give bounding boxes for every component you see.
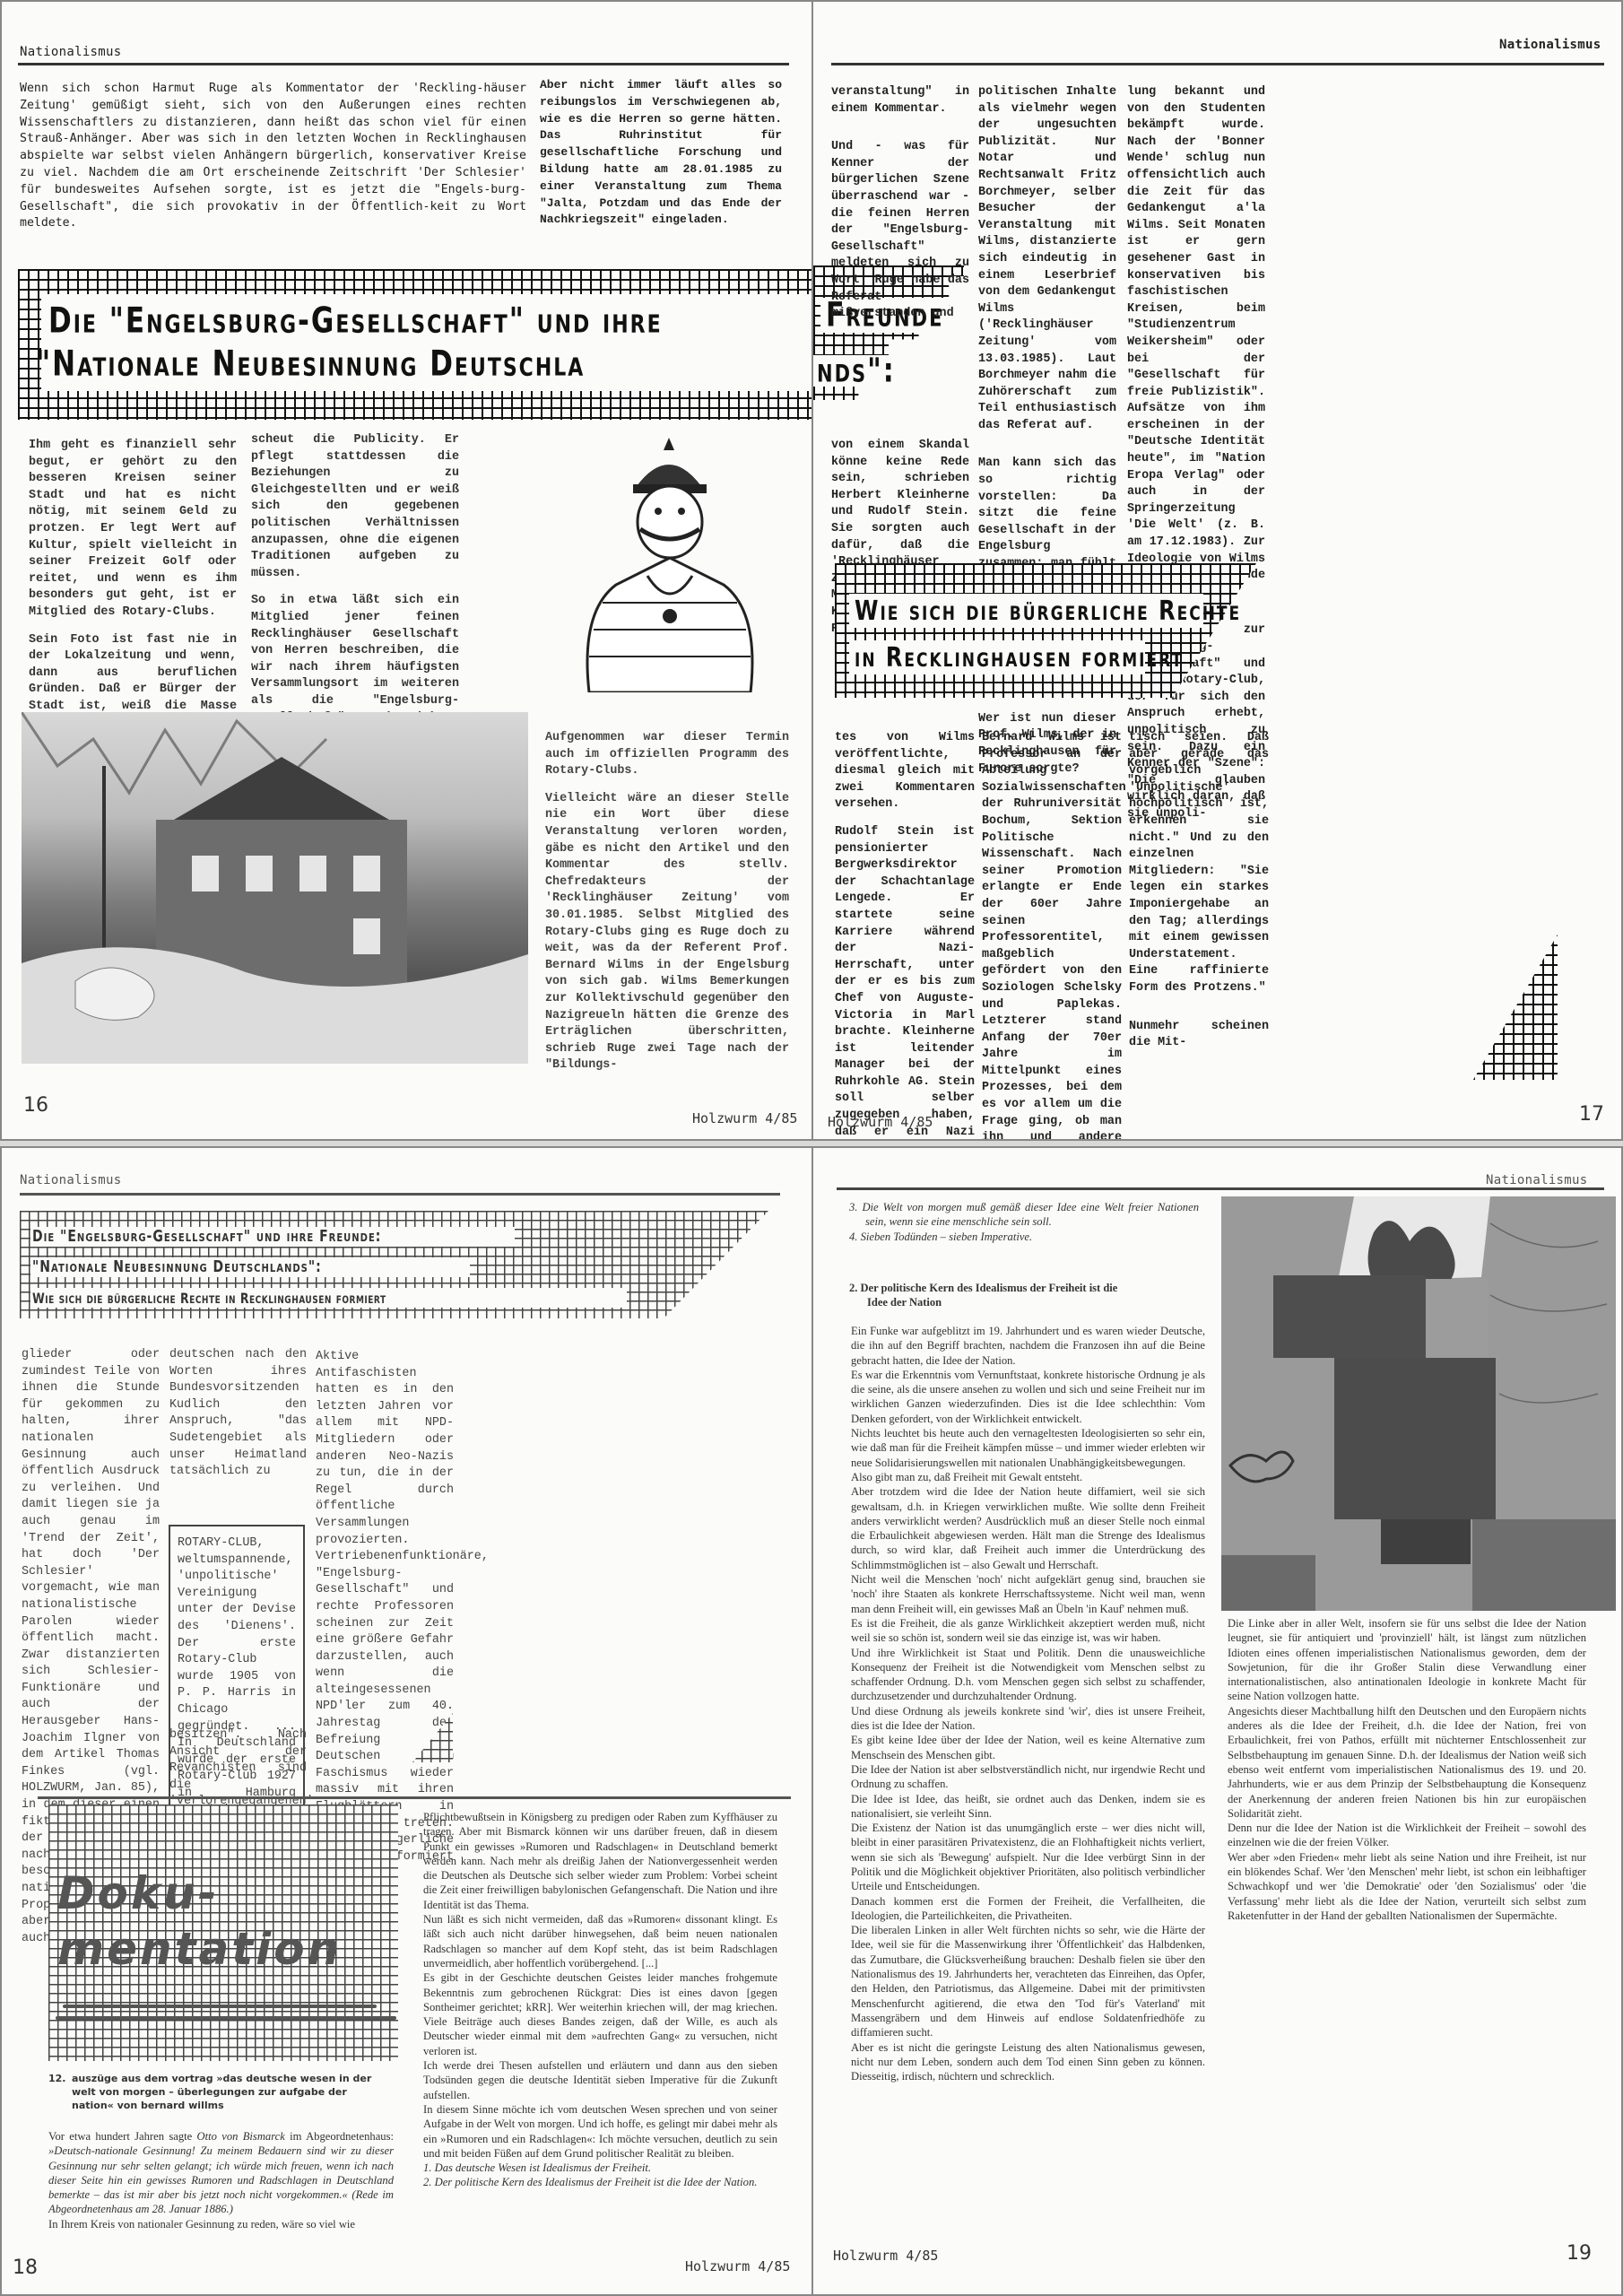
paragraph: Nunmehr scheinen die Mit- <box>1129 1019 1269 1052</box>
paragraph: Bernard Wilms ist Professor an der Abtei… <box>982 730 1122 1141</box>
section-label: Nationalismus <box>1486 1173 1587 1187</box>
paragraph: Vielleicht wäre an dieser Stelle nie ein… <box>545 791 789 1074</box>
paragraph: Denn nur die Idee der Nation ist die Wir… <box>1228 1821 1586 1850</box>
column-2: scheut die Publicity. Er pflegt stattdes… <box>251 432 459 754</box>
headline-2-box-1: Wie sich die bürgerliche Rechte <box>849 594 1203 628</box>
header-rule <box>18 63 789 65</box>
banner-box-1: Die "Engelsburg-Gesellschaft" und ihre F… <box>30 1227 515 1247</box>
paragraph: veranstaltung" in einem Kommentar. <box>831 84 969 117</box>
underline-1 <box>63 2005 377 2008</box>
paragraph: Ihm geht es finanziell sehr begut, er ge… <box>29 438 237 622</box>
page-18: Nationalismus Die "Engelsburg-Gesellscha… <box>0 1146 813 2296</box>
document-intro: Vor etwa hundert Jahren sagte Otto von B… <box>48 2129 394 2231</box>
corner-grid-decoration <box>1473 935 1558 1080</box>
page-number: 16 <box>23 1094 48 1117</box>
paragraph: Die Existenz der Nation ist das unumgäng… <box>851 1821 1205 1893</box>
underline-2 <box>56 2016 396 2020</box>
paragraph: politischen Inhalte als vielmehr wegen d… <box>978 84 1116 434</box>
paragraph: Nichts leuchtet bis heute auch den verna… <box>851 1426 1205 1470</box>
page-16: Nationalismus Wenn sich schon Harmut Rug… <box>0 0 813 1141</box>
intro-continuation: In Ihrem Kreis von nationaler Gesinnung … <box>48 2217 394 2231</box>
bismarck-quote: »Deutsch-nationale Gesinnung! Zu meinem … <box>48 2144 394 2215</box>
page-19: Nationalismus 3. Die Welt von morgen muß… <box>811 1146 1623 2296</box>
paragraph: Ein Funke war aufgeblitzt im 19. Jahrhun… <box>851 1324 1205 1368</box>
document-heading: 12. auszüge aus dem vortrag »das deutsch… <box>48 2072 385 2112</box>
header-rule <box>831 63 1604 65</box>
section-label: Nationalismus <box>1499 38 1601 52</box>
paragraph: Aufgenommen war dieser Termin auch im of… <box>545 730 789 780</box>
folio: Holzwurm 4/85 <box>692 1110 797 1126</box>
header-rule <box>837 1187 1604 1190</box>
headline-line-2: "Nationale Neubesinnung Deutschla <box>36 337 585 391</box>
theses-continued: 3. Die Welt von morgen muß gemäß dieser … <box>849 1200 1199 1244</box>
pickelhaube-caricature-illustration <box>540 423 800 692</box>
headline-box: Die "Engelsburg-Gesellschaft" und ihre "… <box>41 294 813 391</box>
subheading: 2. Der politische Kern des Idealismus de… <box>849 1281 1136 1309</box>
document-right-column: Pflichtbewußtsein in Königsberg zu predi… <box>423 1810 777 2190</box>
page-17: Nationalismus Freunde nds": veranstaltun… <box>811 0 1623 1141</box>
paragraph: Es gibt in der Geschichte deutschen Geis… <box>423 1970 777 2058</box>
paragraph: Also gibt man zu, daß Freiheit mit Gewal… <box>851 1470 1205 1484</box>
headline-2-line-2: in Recklinghausen formiert <box>855 642 1184 674</box>
header-rule <box>20 1193 780 1196</box>
column-3: Aufgenommen war dieser Termin auch im of… <box>545 730 789 1085</box>
banner-line-1: Die "Engelsburg-Gesellschaft" und ihre F… <box>32 1228 381 1246</box>
paragraph: Und diese Ordnung als jeweils konkrete s… <box>851 1704 1205 1734</box>
right-column: Die Linke aber in aller Welt, insofern s… <box>1228 1616 1586 1923</box>
paragraph: Und ihre Wirklichkeit ist Staat und Poli… <box>851 1646 1205 1704</box>
paragraph: Nun läßt es sich nicht vermeiden, daß da… <box>423 1912 777 1970</box>
headline-cont-2: nds": <box>817 352 896 391</box>
paragraph: Angesichts dieser Machtballung hilft den… <box>1228 1704 1586 1821</box>
paragraph: Danach kommen erst die Formen der Freihe… <box>851 1894 1205 1924</box>
bottom-column-1: tes von Wilms veröffentlichte, diesmal g… <box>835 730 975 1141</box>
bottom-column-3: tisch seien. Daß aber gerade das vorgebl… <box>1129 730 1269 1063</box>
column-2-top: deutschen nach den Worten ihres Bundesvo… <box>169 1347 307 1481</box>
banner-box-3: Wie sich die bürgerliche Rechte in Reckl… <box>30 1288 627 1308</box>
folio: Holzwurm 4/85 <box>685 2258 790 2274</box>
paragraph: Die liberalen Linken in aller Welt fürch… <box>851 1923 1205 2039</box>
heading-text: auszüge aus dem vortrag »das deutsche we… <box>72 2072 385 2112</box>
paragraph: tes von Wilms veröffentlichte, diesmal g… <box>835 730 975 813</box>
thesis-1: 1. Das deutsche Wesen ist Idealismus der… <box>423 2161 777 2175</box>
page-number: 17 <box>1579 1103 1604 1126</box>
intro-left: Wenn sich schon Harmut Ruge als Kommenta… <box>20 81 526 232</box>
paragraph: Die Idee ist Idee, das heißt, sie ordnet… <box>851 1792 1205 1822</box>
section-rule <box>38 1796 791 1799</box>
section-label: Nationalismus <box>20 45 121 59</box>
paragraph: Es gibt keine Idee über der Idee der Nat… <box>851 1733 1205 1762</box>
paragraph: tisch seien. Daß aber gerade das vorgebl… <box>1129 730 1269 997</box>
caricature-icon <box>540 423 800 692</box>
engelsburg-building-photo <box>22 712 528 1064</box>
bottom-column-2: Bernard Wilms ist Professor an der Abtei… <box>982 730 1122 1141</box>
banner-line-2: "Nationale Neubesinnung Deutschlands": <box>32 1258 322 1276</box>
top-column-1: veranstaltung" in einem Kommentar. Und -… <box>831 84 969 334</box>
paragraph: Pflichtbewußtsein in Königsberg zu predi… <box>423 1810 777 1912</box>
column-1: Ihm geht es finanziell sehr begut, er ge… <box>29 438 237 743</box>
intro-text: im Abgeordnetenhaus: <box>285 2130 394 2143</box>
heading-number: 12. <box>48 2072 72 2112</box>
paragraph: scheut die Publicity. Er pflegt stattdes… <box>251 432 459 582</box>
paragraph: Die Idee der Nation ist aber selbstverst… <box>851 1762 1205 1792</box>
page-number: 18 <box>13 2257 38 2279</box>
banner-line-3: Wie sich die bürgerliche Rechte in Reckl… <box>32 1290 386 1307</box>
headline-2-box-2: in Recklinghausen formiert <box>849 640 1145 674</box>
paragraph: Ich werde drei Thesen aufstellen und erl… <box>423 2058 777 2102</box>
body-column: Ein Funke war aufgeblitzt im 19. Jahrhun… <box>851 1324 1205 2083</box>
paragraph: Aber es ist nicht die geringste Leistung… <box>851 2040 1205 2084</box>
intro-right: Aber nicht immer läuft alles so reibungs… <box>540 77 782 229</box>
thesis-3: 3. Die Welt von morgen muß gemäß dieser … <box>849 1200 1199 1230</box>
section-label: Nationalismus <box>20 1173 121 1187</box>
paragraph: Rudolf Stein ist pensionierter Bergwerks… <box>835 824 975 1141</box>
paragraph: Es war die Erkenntnis vom Vernunftstaat,… <box>851 1368 1205 1426</box>
memorial-monument-photo <box>1221 1196 1616 1611</box>
doku-line-2: mentation <box>57 1921 342 1977</box>
intro-name: Otto von Bismarck <box>197 2130 285 2143</box>
banner-box-2: "Nationale Neubesinnung Deutschlands": <box>30 1257 470 1277</box>
top-column-3: lung bekannt und von den Studenten bekäm… <box>1127 84 1265 834</box>
paragraph: Und - was für Kenner der bürgerlichen Sz… <box>831 139 969 323</box>
headline-cont-box-2: nds": <box>813 355 899 387</box>
paragraph: Wer aber »den Frieden« mehr liebt als se… <box>1228 1850 1586 1923</box>
page-number: 19 <box>1567 2242 1592 2265</box>
thesis-4: 4. Sieben Todünden – sieben Imperative. <box>849 1230 1199 1244</box>
folio: Holzwurm 4/85 <box>828 1114 933 1130</box>
paragraph: lung bekannt und von den Studenten bekäm… <box>1127 84 1265 601</box>
doku-line-1: Doku- <box>57 1865 342 1921</box>
paragraph: Nicht weil die Menschen 'noch' nicht auf… <box>851 1572 1205 1616</box>
paragraph: Aber trotzdem wird die Idee der Nation h… <box>851 1484 1205 1572</box>
intro-text: Vor etwa hundert Jahren sagte <box>48 2130 197 2143</box>
paragraph: Die Linke aber in aller Welt, insofern s… <box>1228 1616 1586 1704</box>
headline-2-line-1: Wie sich die bürgerliche Rechte <box>855 596 1241 627</box>
paragraph: In diesem Sinne möchte ich vom deutschen… <box>423 2102 777 2161</box>
column-3: Aktive Antifaschisten hatten es in den l… <box>316 1349 454 1883</box>
folio: Holzwurm 4/85 <box>833 2248 938 2264</box>
thesis-2: 2. Der politische Kern des Idealismus de… <box>423 2175 777 2189</box>
paragraph: Es ist die Freiheit, die als ganze Wirkl… <box>851 1616 1205 1646</box>
dokumentation-title: Doku- mentation <box>57 1865 342 1977</box>
